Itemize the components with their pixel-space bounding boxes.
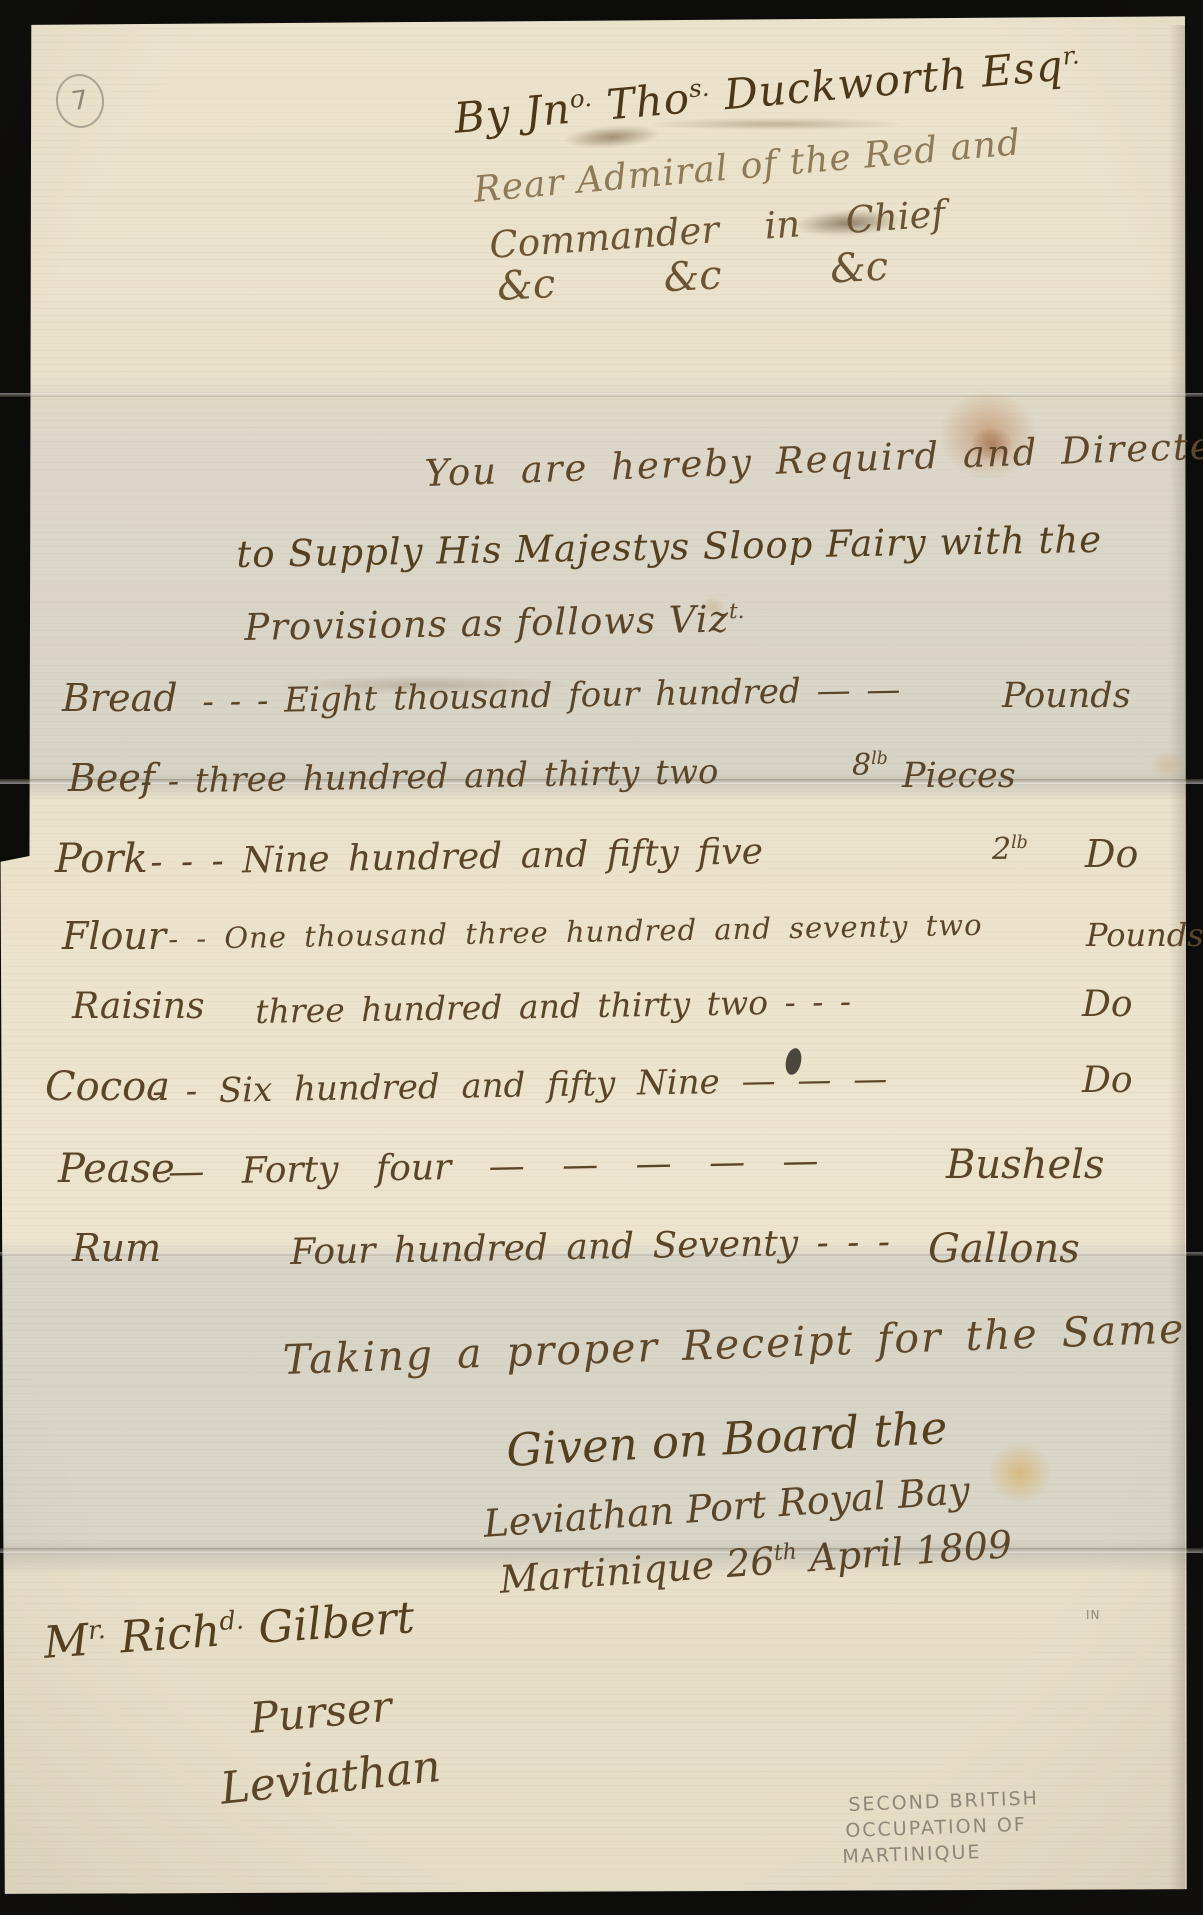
provision-bread-item: Bread: [62, 676, 178, 720]
circled-number-text: 7: [70, 85, 91, 117]
order-line-3: Provisions as follows Vizt.: [244, 597, 745, 649]
provision-flour-item: Flour: [62, 914, 166, 958]
provision-flour-unit: Pounds: [1086, 916, 1203, 954]
provision-cocoa-unit: Do: [1082, 1060, 1133, 1101]
small-pencil-mark: IN: [1086, 1608, 1101, 1622]
provision-pork-weight: 2lb: [992, 832, 1028, 867]
provision-pease-item: Pease: [58, 1146, 175, 1192]
provision-bread-unit: Pounds: [1002, 676, 1131, 716]
provision-raisins-item: Raisins: [72, 986, 205, 1027]
provision-raisins-unit: Do: [1082, 984, 1133, 1025]
provision-pease-unit: Bushels: [946, 1142, 1104, 1188]
provision-beef-unit: Pieces: [902, 756, 1016, 796]
provision-rum-item: Rum: [72, 1226, 161, 1270]
provision-pork-item: Pork: [55, 836, 148, 882]
provision-rum-unit: Gallons: [928, 1226, 1080, 1272]
provision-pork-unit: Do: [1085, 832, 1138, 876]
document-photo: 7 By Jno. Thos. Duckworth Esqr. Rear Adm…: [0, 0, 1203, 1915]
provision-beef-weight: 8lb: [852, 748, 888, 783]
